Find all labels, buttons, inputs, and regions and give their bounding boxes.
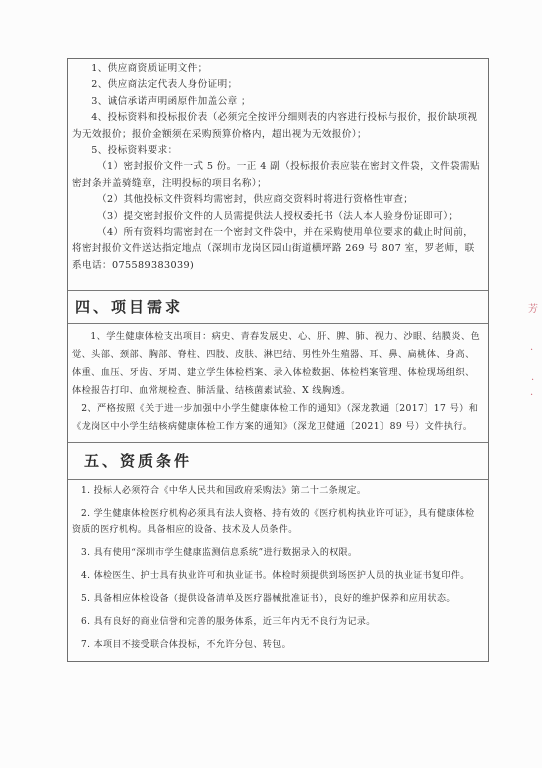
qualification-item: 1. 投标人必须符合《中华人民共和国政府采购法》第二十二条规定。 [72,483,483,499]
section4-content-row: 1、学生健康体检支出项目：病史、青春发展史、心、肝、脾、肺、视力、沙眼、结膜炎、… [68,323,488,442]
qualification-item: 4. 体检医生、护士具有执业许可和执业证书。体检时须提供到场医护人员的执业证书复… [72,568,483,584]
bid-requirement-item: （2）其他投标文件资料均需密封，供应商交资料时将进行资格性审查； [72,192,483,208]
bid-document-item: 2、供应商法定代表人身份证明； [72,77,483,93]
requirement-item: 1、学生健康体检支出项目：病史、青春发展史、心、肝、脾、肺、视力、沙眼、结膜炎、… [72,328,483,400]
seal-fragment: · [530,345,533,356]
qualification-item: 7. 本项目不接受联合体投标，不允许分包、转包。 [72,637,483,653]
section4-heading-row: 四、项目需求 [68,290,488,323]
bid-document-item: 1、供应商资质证明文件； [72,61,483,77]
qualification-item: 6. 具有良好的商业信誉和完善的服务体系，近三年内无不良行为记录。 [72,614,483,630]
seal-fragment: · [531,375,534,386]
document-table: 1、供应商资质证明文件； 2、供应商法定代表人身份证明； 3、诚信承诺声明函原件… [67,58,489,662]
section4-title: 四、项目需求 [68,291,488,323]
qualification-item: 3. 具有使用“深圳市学生健康监测信息系统”进行数据录入的权限。 [72,545,483,561]
bid-documents-cell: 1、供应商资质证明文件； 2、供应商法定代表人身份证明； 3、诚信承诺声明函原件… [68,59,488,290]
seal-fragment: 芳 [528,300,538,315]
bid-requirement-item: （1）密封报价文件一式 5 份。一正 4 副（投标报价表应装在密封文件袋，文件袋… [72,159,483,192]
section5-title: 五、资质条件 [68,443,488,479]
bid-documents-row: 1、供应商资质证明文件； 2、供应商法定代表人身份证明； 3、诚信承诺声明函原件… [68,59,488,290]
bid-document-item: 3、诚信承诺声明函原件加盖公章 ； [72,94,483,110]
qualification-item: 5. 具备相应体检设备（提供设备清单及医疗器械批准证书），良好的维护保养和应用状… [72,591,483,607]
section5-content-row: 1. 投标人必须符合《中华人民共和国政府采购法》第二十二条规定。 2. 学生健康… [68,479,488,661]
section4-content-cell: 1、学生健康体检支出项目：病史、青春发展史、心、肝、脾、肺、视力、沙眼、结膜炎、… [68,324,488,442]
requirement-item: 2、严格按照《关于进一步加强中小学生健康体检工作的通知》（深龙教通〔2017〕1… [72,400,483,436]
section5-content-cell: 1. 投标人必须符合《中华人民共和国政府采购法》第二十二条规定。 2. 学生健康… [68,480,488,661]
document-page: 1、供应商资质证明文件； 2、供应商法定代表人身份证明； 3、诚信承诺声明函原件… [0,0,542,768]
bid-requirement-item: （3）提交密封报价文件的人员需提供法人授权委托书（法人本人验身份证即可）； [72,209,483,225]
qualification-item: 2. 学生健康体检医疗机构必须具有法人资格、持有效的《医疗机构执业许可证》，具有… [72,506,483,538]
bid-requirement-item: （4）所有资料均需密封在一个密封文件袋中，并在采购使用单位要求的截止时间前，将密… [72,225,483,286]
bid-document-item: 5、投标资料要求： [72,143,483,159]
seal-fragment: · [530,390,533,401]
bid-document-item: 4、投标资料和投标报价表（必须完全按评分细则表的内容进行投标与报价，报价缺项视为… [72,110,483,143]
section5-heading-row: 五、资质条件 [68,442,488,479]
red-seal-edge-mark: 芳 · · · [528,290,540,450]
